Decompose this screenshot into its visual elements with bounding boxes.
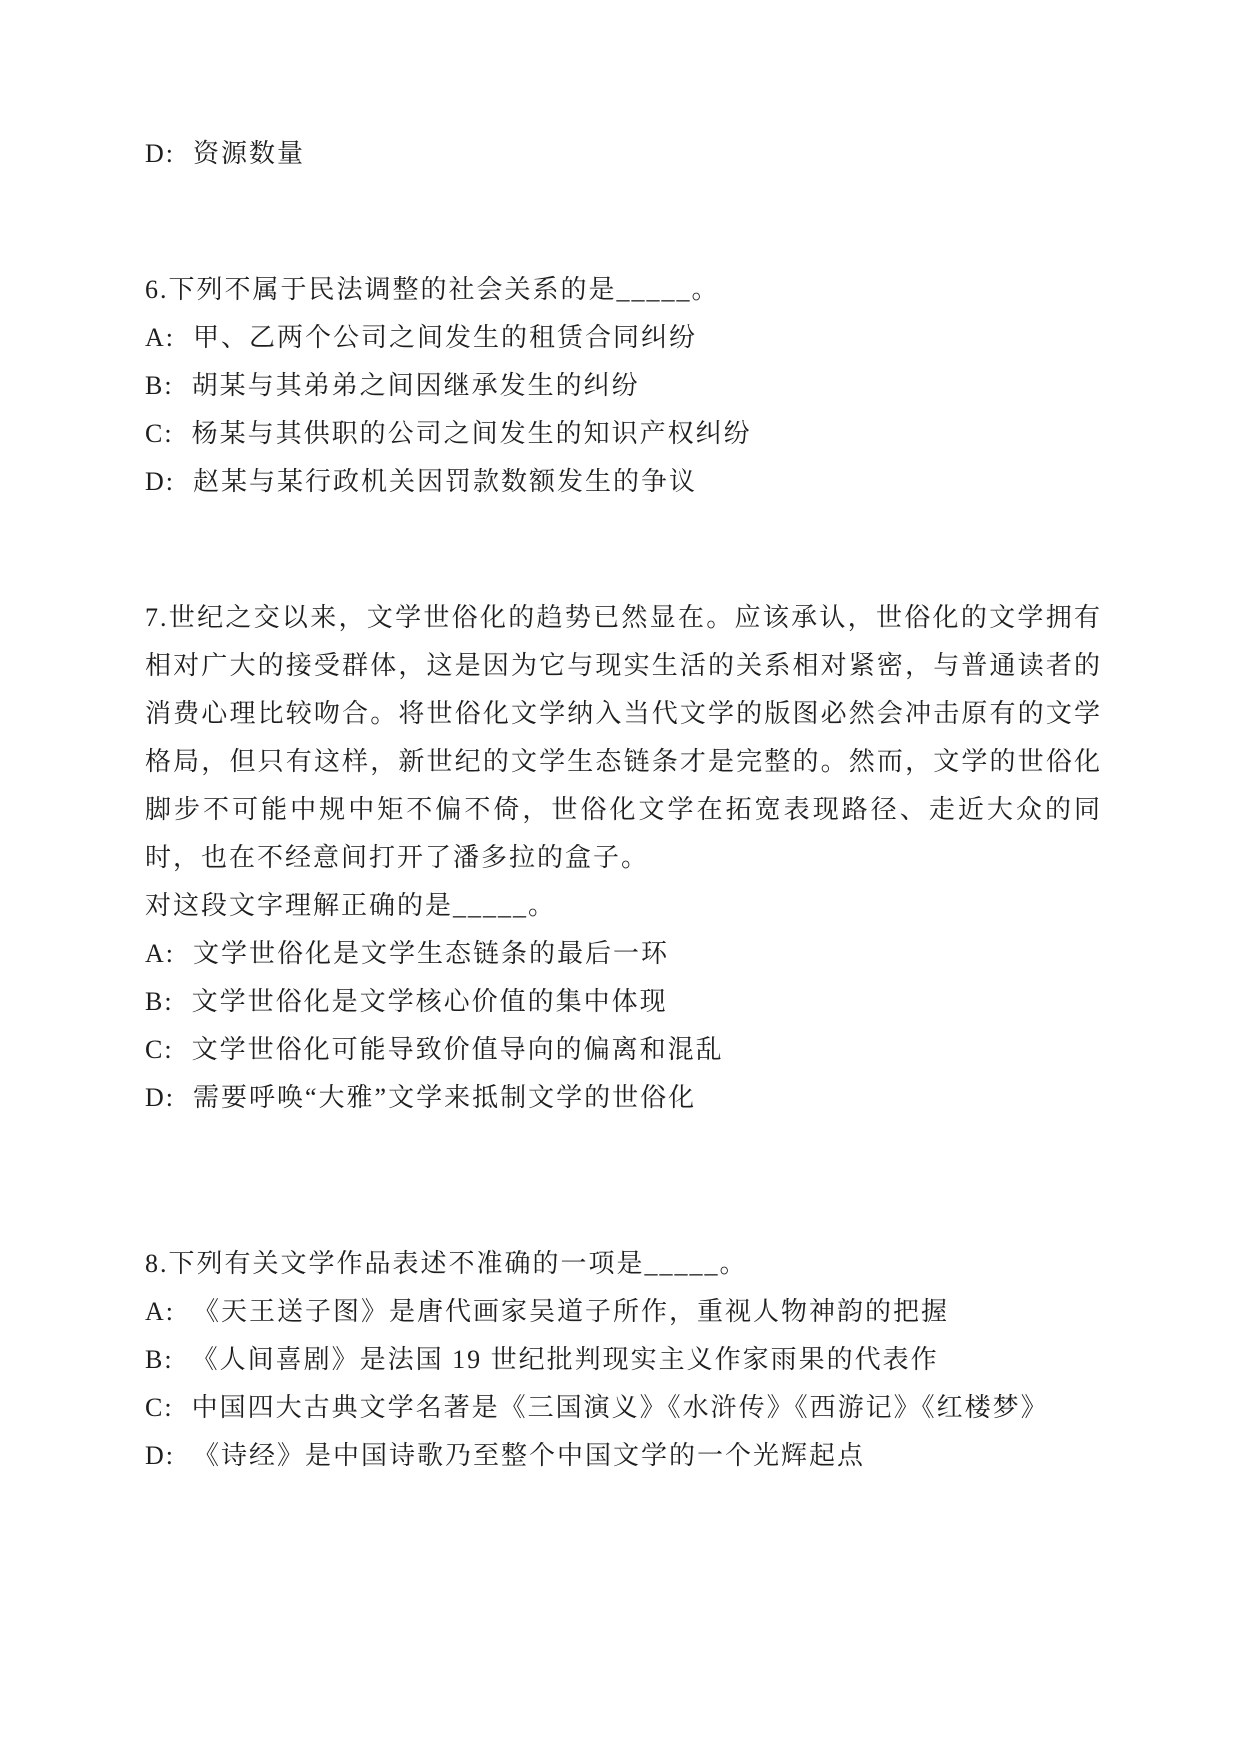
question-passage-text: 世纪之交以来，文学世俗化的趋势已然显在。应该承认，世俗化的文学拥有相对广大的接受…	[145, 603, 1102, 872]
option-label: C:	[145, 410, 174, 458]
option-label: B:	[145, 978, 174, 1026]
option-text: 《天王送子图》是唐代画家吴道子所作，重视人物神韵的把握	[193, 1288, 1102, 1336]
option-text: 《人间喜剧》是法国 19 世纪批判现实主义作家雨果的代表作	[192, 1336, 1102, 1384]
option-row: A: 甲、乙两个公司之间发生的租赁合同纠纷	[145, 314, 1102, 362]
option-label: D:	[145, 1074, 175, 1122]
option-label: B:	[145, 362, 174, 410]
option-row: D: 需要呼唤“大雅”文学来抵制文学的世俗化	[145, 1074, 1102, 1122]
option-label: D:	[145, 130, 175, 178]
option-text: 需要呼唤“大雅”文学来抵制文学的世俗化	[193, 1074, 1102, 1122]
option-text: 文学世俗化是文学核心价值的集中体现	[192, 978, 1102, 1026]
option-text: 甲、乙两个公司之间发生的租赁合同纠纷	[193, 314, 1102, 362]
option-label: C:	[145, 1384, 174, 1432]
option-row: C: 文学世俗化可能导致价值导向的偏离和混乱	[145, 1026, 1102, 1074]
option-row: A: 文学世俗化是文学生态链条的最后一环	[145, 930, 1102, 978]
option-label: D:	[145, 1432, 175, 1480]
option-row: B: 《人间喜剧》是法国 19 世纪批判现实主义作家雨果的代表作	[145, 1336, 1102, 1384]
question-number: 6.	[145, 275, 169, 304]
question-6: 6.下列不属于民法调整的社会关系的是_____。 A: 甲、乙两个公司之间发生的…	[145, 266, 1102, 506]
question-number: 7.	[145, 603, 169, 632]
option-row: B: 文学世俗化是文学核心价值的集中体现	[145, 978, 1102, 1026]
question-stem: 8.下列有关文学作品表述不准确的一项是_____。	[145, 1240, 1102, 1288]
option-label: A:	[145, 930, 175, 978]
option-text: 文学世俗化是文学生态链条的最后一环	[193, 930, 1102, 978]
option-row: D: 《诗经》是中国诗歌乃至整个中国文学的一个光辉起点	[145, 1432, 1102, 1480]
document-page: D: 资源数量 6.下列不属于民法调整的社会关系的是_____。 A: 甲、乙两…	[0, 0, 1240, 1753]
question-stem: 6.下列不属于民法调整的社会关系的是_____。	[145, 266, 1102, 314]
question-8: 8.下列有关文学作品表述不准确的一项是_____。 A: 《天王送子图》是唐代画…	[145, 1240, 1102, 1480]
option-label: D:	[145, 458, 175, 506]
option-text: 赵某与某行政机关因罚款数额发生的争议	[193, 458, 1102, 506]
option-row: D: 赵某与某行政机关因罚款数额发生的争议	[145, 458, 1102, 506]
option-text: 中国四大古典文学名著是《三国演义》《水浒传》《西游记》《红楼梦》	[192, 1384, 1102, 1432]
option-row: B: 胡某与其弟弟之间因继承发生的纠纷	[145, 362, 1102, 410]
option-row: C: 中国四大古典文学名著是《三国演义》《水浒传》《西游记》《红楼梦》	[145, 1384, 1102, 1432]
option-label: A:	[145, 1288, 175, 1336]
option-text: 胡某与其弟弟之间因继承发生的纠纷	[192, 362, 1102, 410]
question-passage: 7.世纪之交以来，文学世俗化的趋势已然显在。应该承认，世俗化的文学拥有相对广大的…	[145, 594, 1102, 882]
option-text: 文学世俗化可能导致价值导向的偏离和混乱	[192, 1026, 1102, 1074]
question-stem-text: 对这段文字理解正确的是_____。	[145, 891, 556, 920]
option-label: A:	[145, 314, 175, 362]
question-number: 8.	[145, 1249, 169, 1278]
prev-question-tail: D: 资源数量	[145, 130, 1102, 178]
question-stem: 对这段文字理解正确的是_____。	[145, 882, 1102, 930]
option-text: 杨某与其供职的公司之间发生的知识产权纠纷	[192, 410, 1102, 458]
option-row: A: 《天王送子图》是唐代画家吴道子所作，重视人物神韵的把握	[145, 1288, 1102, 1336]
question-7: 7.世纪之交以来，文学世俗化的趋势已然显在。应该承认，世俗化的文学拥有相对广大的…	[145, 594, 1102, 1122]
option-text: 资源数量	[193, 130, 1102, 178]
option-label: B:	[145, 1336, 174, 1384]
option-text: 《诗经》是中国诗歌乃至整个中国文学的一个光辉起点	[193, 1432, 1102, 1480]
option-row: D: 资源数量	[145, 130, 1102, 178]
option-row: C: 杨某与其供职的公司之间发生的知识产权纠纷	[145, 410, 1102, 458]
question-stem-text: 下列有关文学作品表述不准确的一项是_____。	[169, 1249, 748, 1278]
question-stem-text: 下列不属于民法调整的社会关系的是_____。	[169, 275, 720, 304]
option-label: C:	[145, 1026, 174, 1074]
